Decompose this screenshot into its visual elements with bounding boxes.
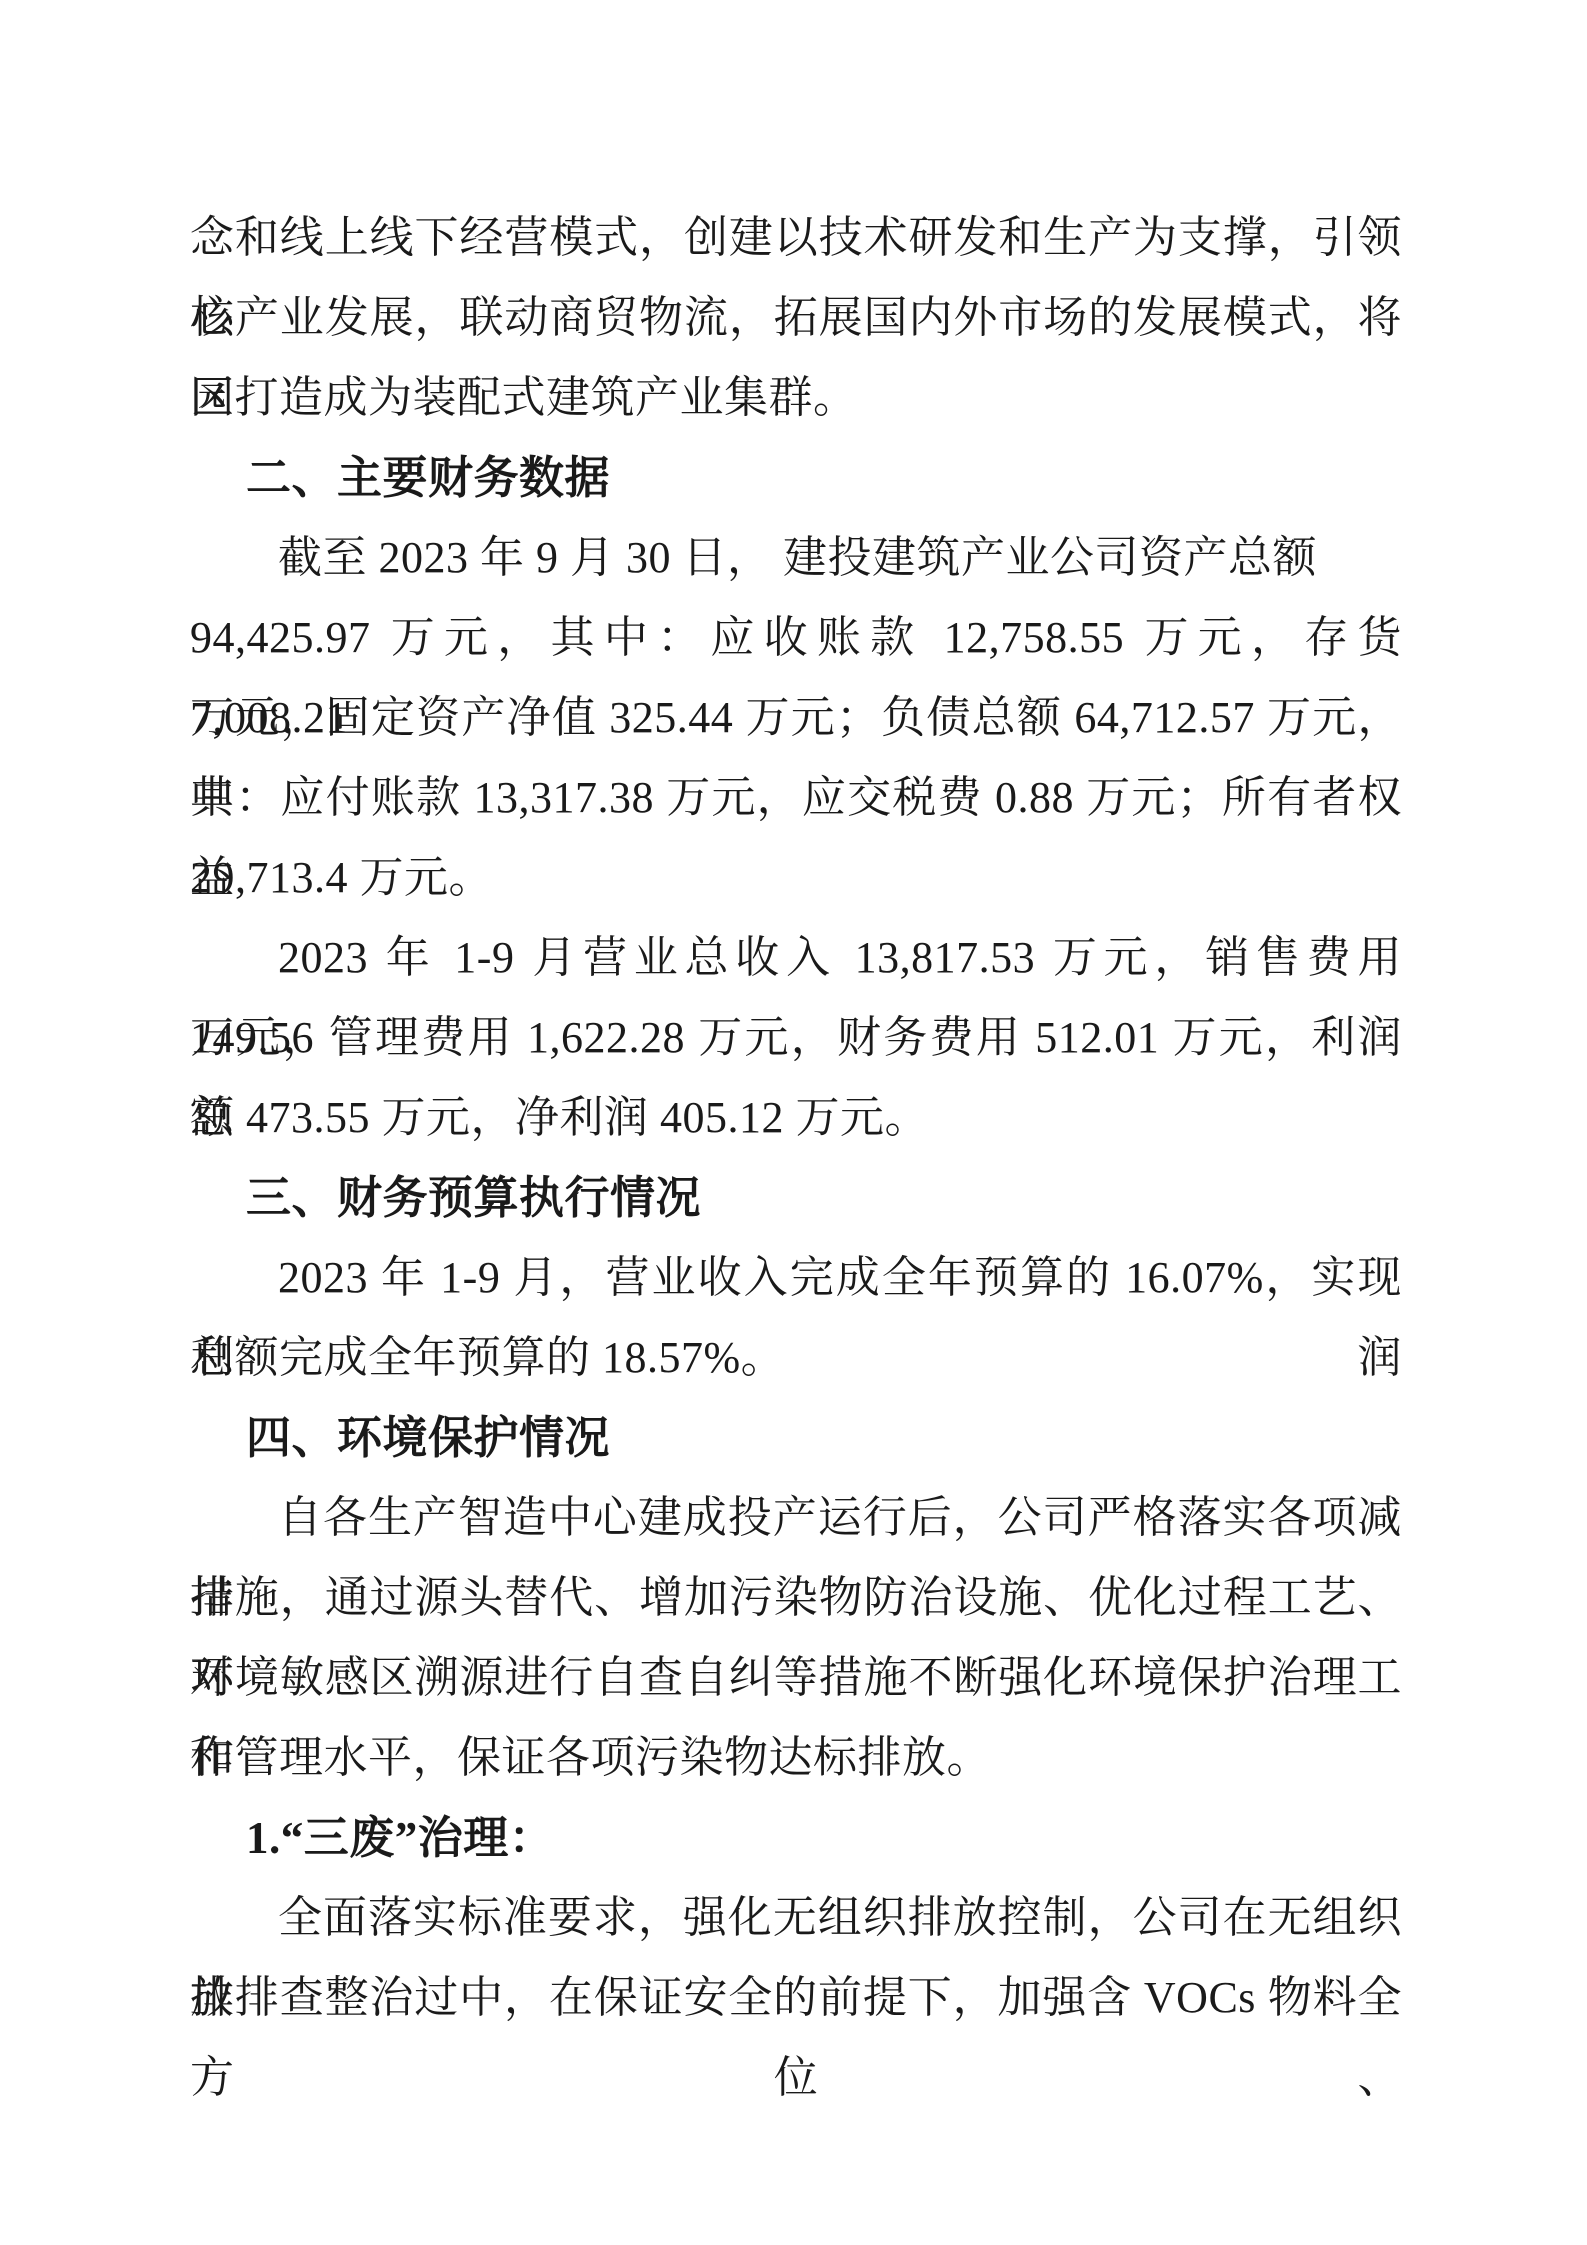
text-line: 94,425.97 万元，其中：应收账款 12,758.55 万元，存货 7,0… (190, 598, 1402, 678)
text-line: 万元，固定资产净值 325.44 万元；负债总额 64,712.57 万元，其 (190, 678, 1402, 758)
text-line: 中：应付账款 13,317.38 万元，应交税费 0.88 万元；所有者权益 (190, 758, 1402, 838)
sub-heading: 1.“三废”治理： (190, 1798, 1402, 1878)
document-page: 念和线上线下经营模式，创建以技术研发和生产为支撑，引领核心产业发展，联动商贸物流… (0, 0, 1587, 2245)
text-line: 措施，通过源头替代、增加污染物防治设施、优化过程工艺、对 (190, 1558, 1402, 1638)
text-line: 念和线上线下经营模式，创建以技术研发和生产为支撑，引领核 (190, 198, 1402, 278)
text-line: 全面落实标准要求，强化无组织排放控制，公司在无组织排 (190, 1878, 1402, 1958)
text-line: 自各生产智造中心建成投产运行后，公司严格落实各项减排 (190, 1478, 1402, 1558)
text-line: 2023 年 1-9 月，营业收入完成全年预算的 16.07%，实现利润 (190, 1238, 1402, 1318)
text-line: 环境敏感区溯源进行自查自纠等措施不断强化环境保护治理工作 (190, 1638, 1402, 1718)
text-line: 心产业发展，联动商贸物流，拓展国内外市场的发展模式，将园 (190, 278, 1402, 358)
document-body: 念和线上线下经营模式，创建以技术研发和生产为支撑，引领核心产业发展，联动商贸物流… (190, 198, 1402, 2038)
text-line: 额 473.55 万元，净利润 405.12 万元。 (190, 1078, 1402, 1158)
text-line: 万元，管理费用 1,622.28 万元，财务费用 512.01 万元，利润总 (190, 998, 1402, 1078)
text-line: 放排查整治过中，在保证安全的前提下，加强含 VOCs 物料全方位、 (190, 1958, 1402, 2038)
text-line: 截至 2023 年 9 月 30 日， 建投建筑产业公司资产总额 (190, 518, 1402, 598)
text-line: 和管理水平，保证各项污染物达标排放。 (190, 1718, 1402, 1798)
section-heading: 三、财务预算执行情况 (190, 1158, 1402, 1238)
text-line: 29,713.4 万元。 (190, 838, 1402, 918)
section-heading: 四、环境保护情况 (190, 1398, 1402, 1478)
section-heading: 二、主要财务数据 (190, 438, 1402, 518)
text-line: 区打造成为装配式建筑产业集群。 (190, 358, 1402, 438)
text-line: 2023 年 1-9 月营业总收入 13,817.53 万元，销售费用 149.… (190, 918, 1402, 998)
